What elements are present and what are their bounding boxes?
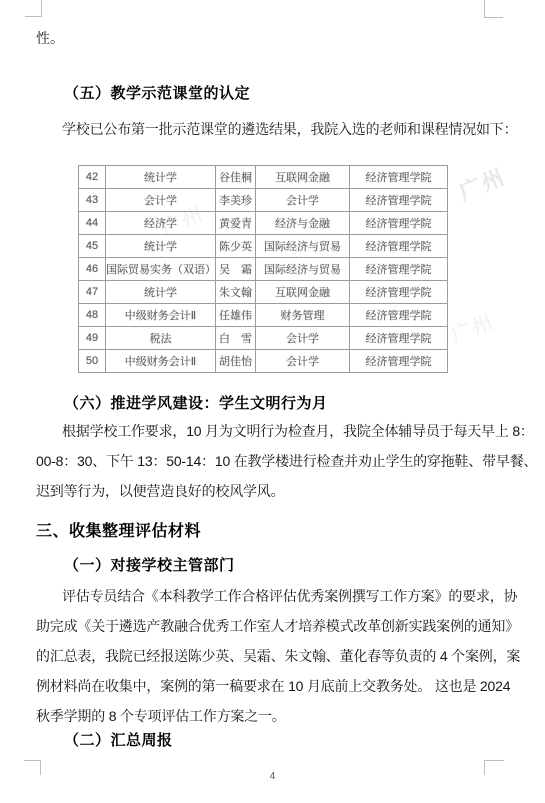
paragraph-line: 的汇总表，我院已经报送陈少英、吴霜、朱文翰、董化春等负责的 4 个案例，案 (36, 641, 516, 671)
table-cell: 48 (79, 304, 106, 327)
table-row: 44经济学黄爱青经济与金融经济管理学院 (79, 212, 448, 235)
table-cell: 会计学 (256, 189, 350, 212)
table-cell: 统计学 (106, 166, 216, 189)
crop-mark-top-left-h (25, 16, 42, 17)
table-cell: 会计学 (256, 350, 350, 373)
table-cell: 国际贸易实务（双语） (106, 258, 216, 281)
table-cell: 国际经济与贸易 (256, 235, 350, 258)
section-6-heading: （六）推进学风建设：学生文明行为月 (64, 392, 328, 413)
section-3-1-paragraph: 评估专员结合《本科教学工作合格评估优秀案例撰写工作方案》的要求，协 助完成《关于… (36, 581, 516, 731)
table-cell: 经济管理学院 (350, 327, 448, 350)
table-cell: 李美珍 (216, 189, 256, 212)
section-3-1-heading: （一）对接学校主管部门 (64, 554, 235, 575)
table-row: 47统计学朱文翰互联网金融经济管理学院 (79, 281, 448, 304)
table-cell: 陈少英 (216, 235, 256, 258)
table-cell: 统计学 (106, 281, 216, 304)
table-cell: 47 (79, 281, 106, 304)
section-5-intro: 学校已公布第一批示范课堂的遴选结果，我院入选的老师和课程情况如下： (62, 119, 517, 139)
table-cell: 经济管理学院 (350, 189, 448, 212)
table-cell: 经济管理学院 (350, 304, 448, 327)
paragraph-line: 迟到等行为，以便营造良好的校风学风。 (36, 476, 516, 506)
table-cell: 经济管理学院 (350, 212, 448, 235)
table-cell: 互联网金融 (256, 166, 350, 189)
table-cell: 49 (79, 327, 106, 350)
table-cell: 50 (79, 350, 106, 373)
paragraph-line: 秋季学期的 8 个专项评估工作方案之一。 (36, 701, 516, 731)
carryover-text: 性。 (36, 28, 64, 48)
table-cell: 经济学 (106, 212, 216, 235)
table-cell: 会计学 (256, 327, 350, 350)
table-cell: 42 (79, 166, 106, 189)
table-cell: 46 (79, 258, 106, 281)
page-number: 4 (0, 771, 545, 782)
crop-mark-top-left-v (41, 0, 42, 16)
section-5-heading: （五）教学示范课堂的认定 (64, 82, 250, 103)
table-row: 50中级财务会计Ⅱ胡佳怡会计学经济管理学院 (79, 350, 448, 373)
table-cell: 经济管理学院 (350, 235, 448, 258)
table-cell: 胡佳怡 (216, 350, 256, 373)
table-row: 48中级财务会计Ⅱ任雄伟财务管理经济管理学院 (79, 304, 448, 327)
section-6-paragraph: 根据学校工作要求，10 月为文明行为检查月，我院全体辅导员于每天早上 8： 00… (36, 416, 516, 506)
section-3-2-heading: （二）汇总周报 (64, 729, 173, 750)
table-cell: 国际经济与贸易 (256, 258, 350, 281)
crop-mark-bottom-right-h (484, 760, 504, 761)
section-3-heading: 三、收集整理评估材料 (36, 518, 201, 541)
table-cell: 经济管理学院 (350, 281, 448, 304)
table-row: 49税法白 雪会计学经济管理学院 (79, 327, 448, 350)
table-cell: 税法 (106, 327, 216, 350)
table-cell: 会计学 (106, 189, 216, 212)
crop-mark-top-right-v (484, 0, 485, 17)
paragraph-line: 根据学校工作要求，10 月为文明行为检查月，我院全体辅导员于每天早上 8： (36, 416, 516, 446)
table-cell: 经济管理学院 (350, 350, 448, 373)
crop-mark-bottom-left-h (24, 760, 41, 761)
table-row: 46国际贸易实务（双语）吴 霜国际经济与贸易经济管理学院 (79, 258, 448, 281)
table-cell: 经济管理学院 (350, 258, 448, 281)
table-row: 43会计学李美珍会计学经济管理学院 (79, 189, 448, 212)
table-cell: 任雄伟 (216, 304, 256, 327)
paragraph-line: 00-8：30、下午 13：50-14：10 在教学楼进行检查并劝止学生的穿拖鞋… (36, 446, 516, 476)
table-row: 45统计学陈少英国际经济与贸易经济管理学院 (79, 235, 448, 258)
watermark-text: 广州 (446, 305, 498, 348)
paragraph-line: 例材料尚在收集中，案例的第一稿要求在 10 月底前上交教务处。 这也是 2024 (36, 671, 516, 701)
document-page: 广州 广州 广州 性。 （五）教学示范课堂的认定 学校已公布第一批示范课堂的遴选… (0, 0, 545, 803)
table-cell: 谷佳桐 (216, 166, 256, 189)
table-cell: 中级财务会计Ⅱ (106, 350, 216, 373)
crop-mark-top-right-h (484, 17, 503, 18)
table-cell: 经济管理学院 (350, 166, 448, 189)
table-cell: 朱文翰 (216, 281, 256, 304)
table-cell: 43 (79, 189, 106, 212)
table-cell: 吴 霜 (216, 258, 256, 281)
table-cell: 财务管理 (256, 304, 350, 327)
table-cell: 黄爱青 (216, 212, 256, 235)
table-cell: 45 (79, 235, 106, 258)
table-cell: 白 雪 (216, 327, 256, 350)
table-cell: 44 (79, 212, 106, 235)
table-row: 42统计学谷佳桐互联网金融经济管理学院 (79, 166, 448, 189)
paragraph-line: 助完成《关于遴选产教融合优秀工作室人才培养模式改革创新实践案例的通知》 (36, 611, 516, 641)
table-cell: 经济与金融 (256, 212, 350, 235)
table-cell: 互联网金融 (256, 281, 350, 304)
demo-classroom-table: 42统计学谷佳桐互联网金融经济管理学院43会计学李美珍会计学经济管理学院44经济… (78, 165, 448, 373)
paragraph-line: 评估专员结合《本科教学工作合格评估优秀案例撰写工作方案》的要求，协 (36, 581, 516, 611)
watermark-text: 广州 (454, 160, 510, 207)
table-cell: 中级财务会计Ⅱ (106, 304, 216, 327)
demo-table-body: 42统计学谷佳桐互联网金融经济管理学院43会计学李美珍会计学经济管理学院44经济… (79, 166, 448, 373)
table-cell: 统计学 (106, 235, 216, 258)
